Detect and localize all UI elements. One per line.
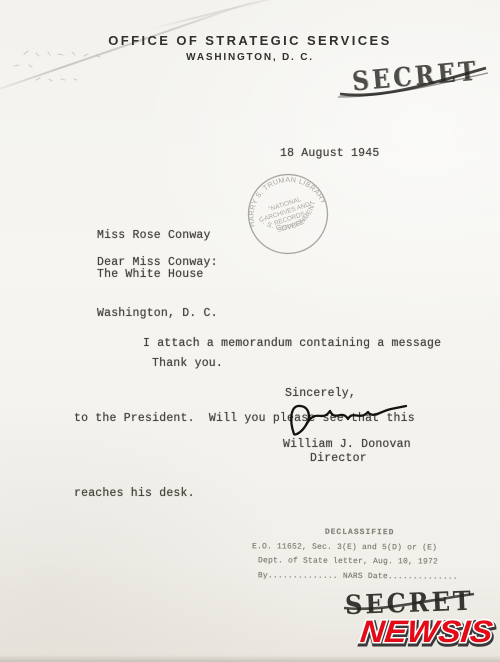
newsis-watermark-logo: NEWSIS NEWSIS	[352, 608, 500, 656]
signer-title: Director	[310, 452, 367, 465]
paper-crease	[150, 0, 296, 30]
body-line: reaches his desk.	[74, 481, 441, 506]
date-line: 18 August 1945	[280, 147, 379, 160]
letterhead: OFFICE OF STRATEGIC SERVICES WASHINGTON,…	[0, 33, 500, 63]
declassification-line: Dept. of State letter, Aug. 10, 1972	[252, 554, 467, 570]
body-line: I attach a memorandum containing a messa…	[74, 331, 441, 356]
declassification-line: By.............. NARS Date..............	[252, 569, 467, 585]
salutation: Dear Miss Conway:	[97, 256, 218, 269]
declassification-title: DECLASSIFIED	[252, 525, 467, 541]
recipient-line: Miss Rose Conway	[97, 229, 218, 242]
donovan-signature	[280, 397, 420, 443]
letterhead-org: OFFICE OF STRATEGIC SERVICES	[0, 33, 500, 48]
letter-page: OFFICE OF STRATEGIC SERVICES WASHINGTON,…	[0, 0, 500, 662]
signer-name: William J. Donovan	[283, 438, 411, 451]
declassification-stamp: DECLASSIFIED E.O. 11652, Sec. 3(E) and 5…	[252, 525, 467, 584]
thanks-line: Thank you.	[152, 357, 223, 370]
recipient-line: The White House	[97, 268, 218, 281]
truman-library-archive-stamp: HARRY S. TRUMAN LIBRARY U. S. GOVERNMENT…	[246, 172, 330, 256]
declassification-line: E.O. 11652, Sec. 3(E) and 5(D) or (E)	[252, 540, 467, 556]
newsis-logo-text: NEWSIS	[359, 614, 495, 649]
